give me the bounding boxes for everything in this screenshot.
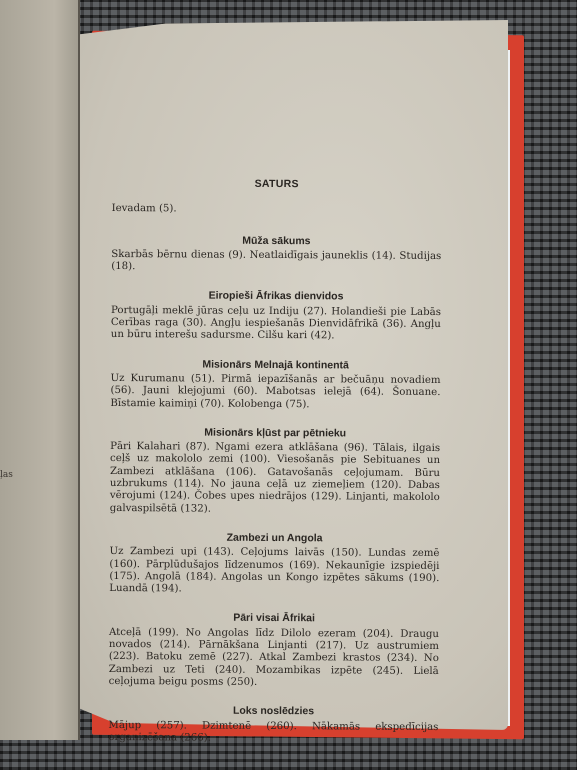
toc-title: SATURS (112, 177, 442, 191)
section-heading: Misionārs Melnajā kontinentā (111, 358, 441, 372)
section-entries: Uz Zambezi upi (143). Ceļojums laivās (1… (109, 546, 439, 597)
section-heading: Zambezi un Angola (110, 531, 440, 545)
toc-section: Misionārs kļūst par pētnieku Pāri Kalaha… (110, 426, 441, 517)
toc-section: Zambezi un Angola Uz Zambezi upi (143). … (109, 531, 439, 597)
section-entries: Portugāļi meklē jūras ceļu uz Indiju (27… (111, 305, 441, 344)
toc-intro: Ievadam (5). (112, 203, 442, 217)
section-heading: Misionārs kļūst par pētnieku (110, 426, 440, 440)
section-heading: Pāri visai Āfrikai (109, 611, 439, 625)
section-entries: Pāri Kalahari (87). Ngami ezera atklāšan… (110, 441, 440, 517)
section-entries: Mājup (257). Dzimtenē (260). Nākamās eks… (108, 719, 438, 746)
section-heading: Eiropieši Āfrikas dienvidos (111, 289, 441, 303)
toc-section: Eiropieši Āfrikas dienvidos Portugāļi me… (111, 289, 441, 343)
toc-section: Misionārs Melnajā kontinentā Uz Kurumanu… (110, 358, 440, 412)
toc-section: Pāri visai Āfrikai Atceļā (199). No Ango… (109, 611, 439, 690)
table-of-contents: SATURS Ievadam (5). Mūža sākums Skarbās … (108, 177, 442, 762)
section-entries: Atceļā (199). No Angolas līdz Dilolo eze… (109, 627, 439, 690)
section-heading: Loks noslēdzies (108, 704, 438, 718)
left-page-text-fragment: ļas (0, 470, 13, 480)
toc-section: Loks noslēdzies Mājup (257). Dzimtenē (2… (108, 704, 438, 746)
section-heading: Mūža sākums (111, 234, 441, 248)
toc-section: Mūža sākums Skarbās bērnu dienas (9). Ne… (111, 234, 441, 276)
section-entries: Uz Kurumanu (51). Pirmā iepazīšanās ar b… (110, 373, 440, 412)
section-entries: Skarbās bērnu dienas (9). Neatlaidīgais … (111, 249, 441, 276)
left-page: ļas (0, 0, 80, 740)
